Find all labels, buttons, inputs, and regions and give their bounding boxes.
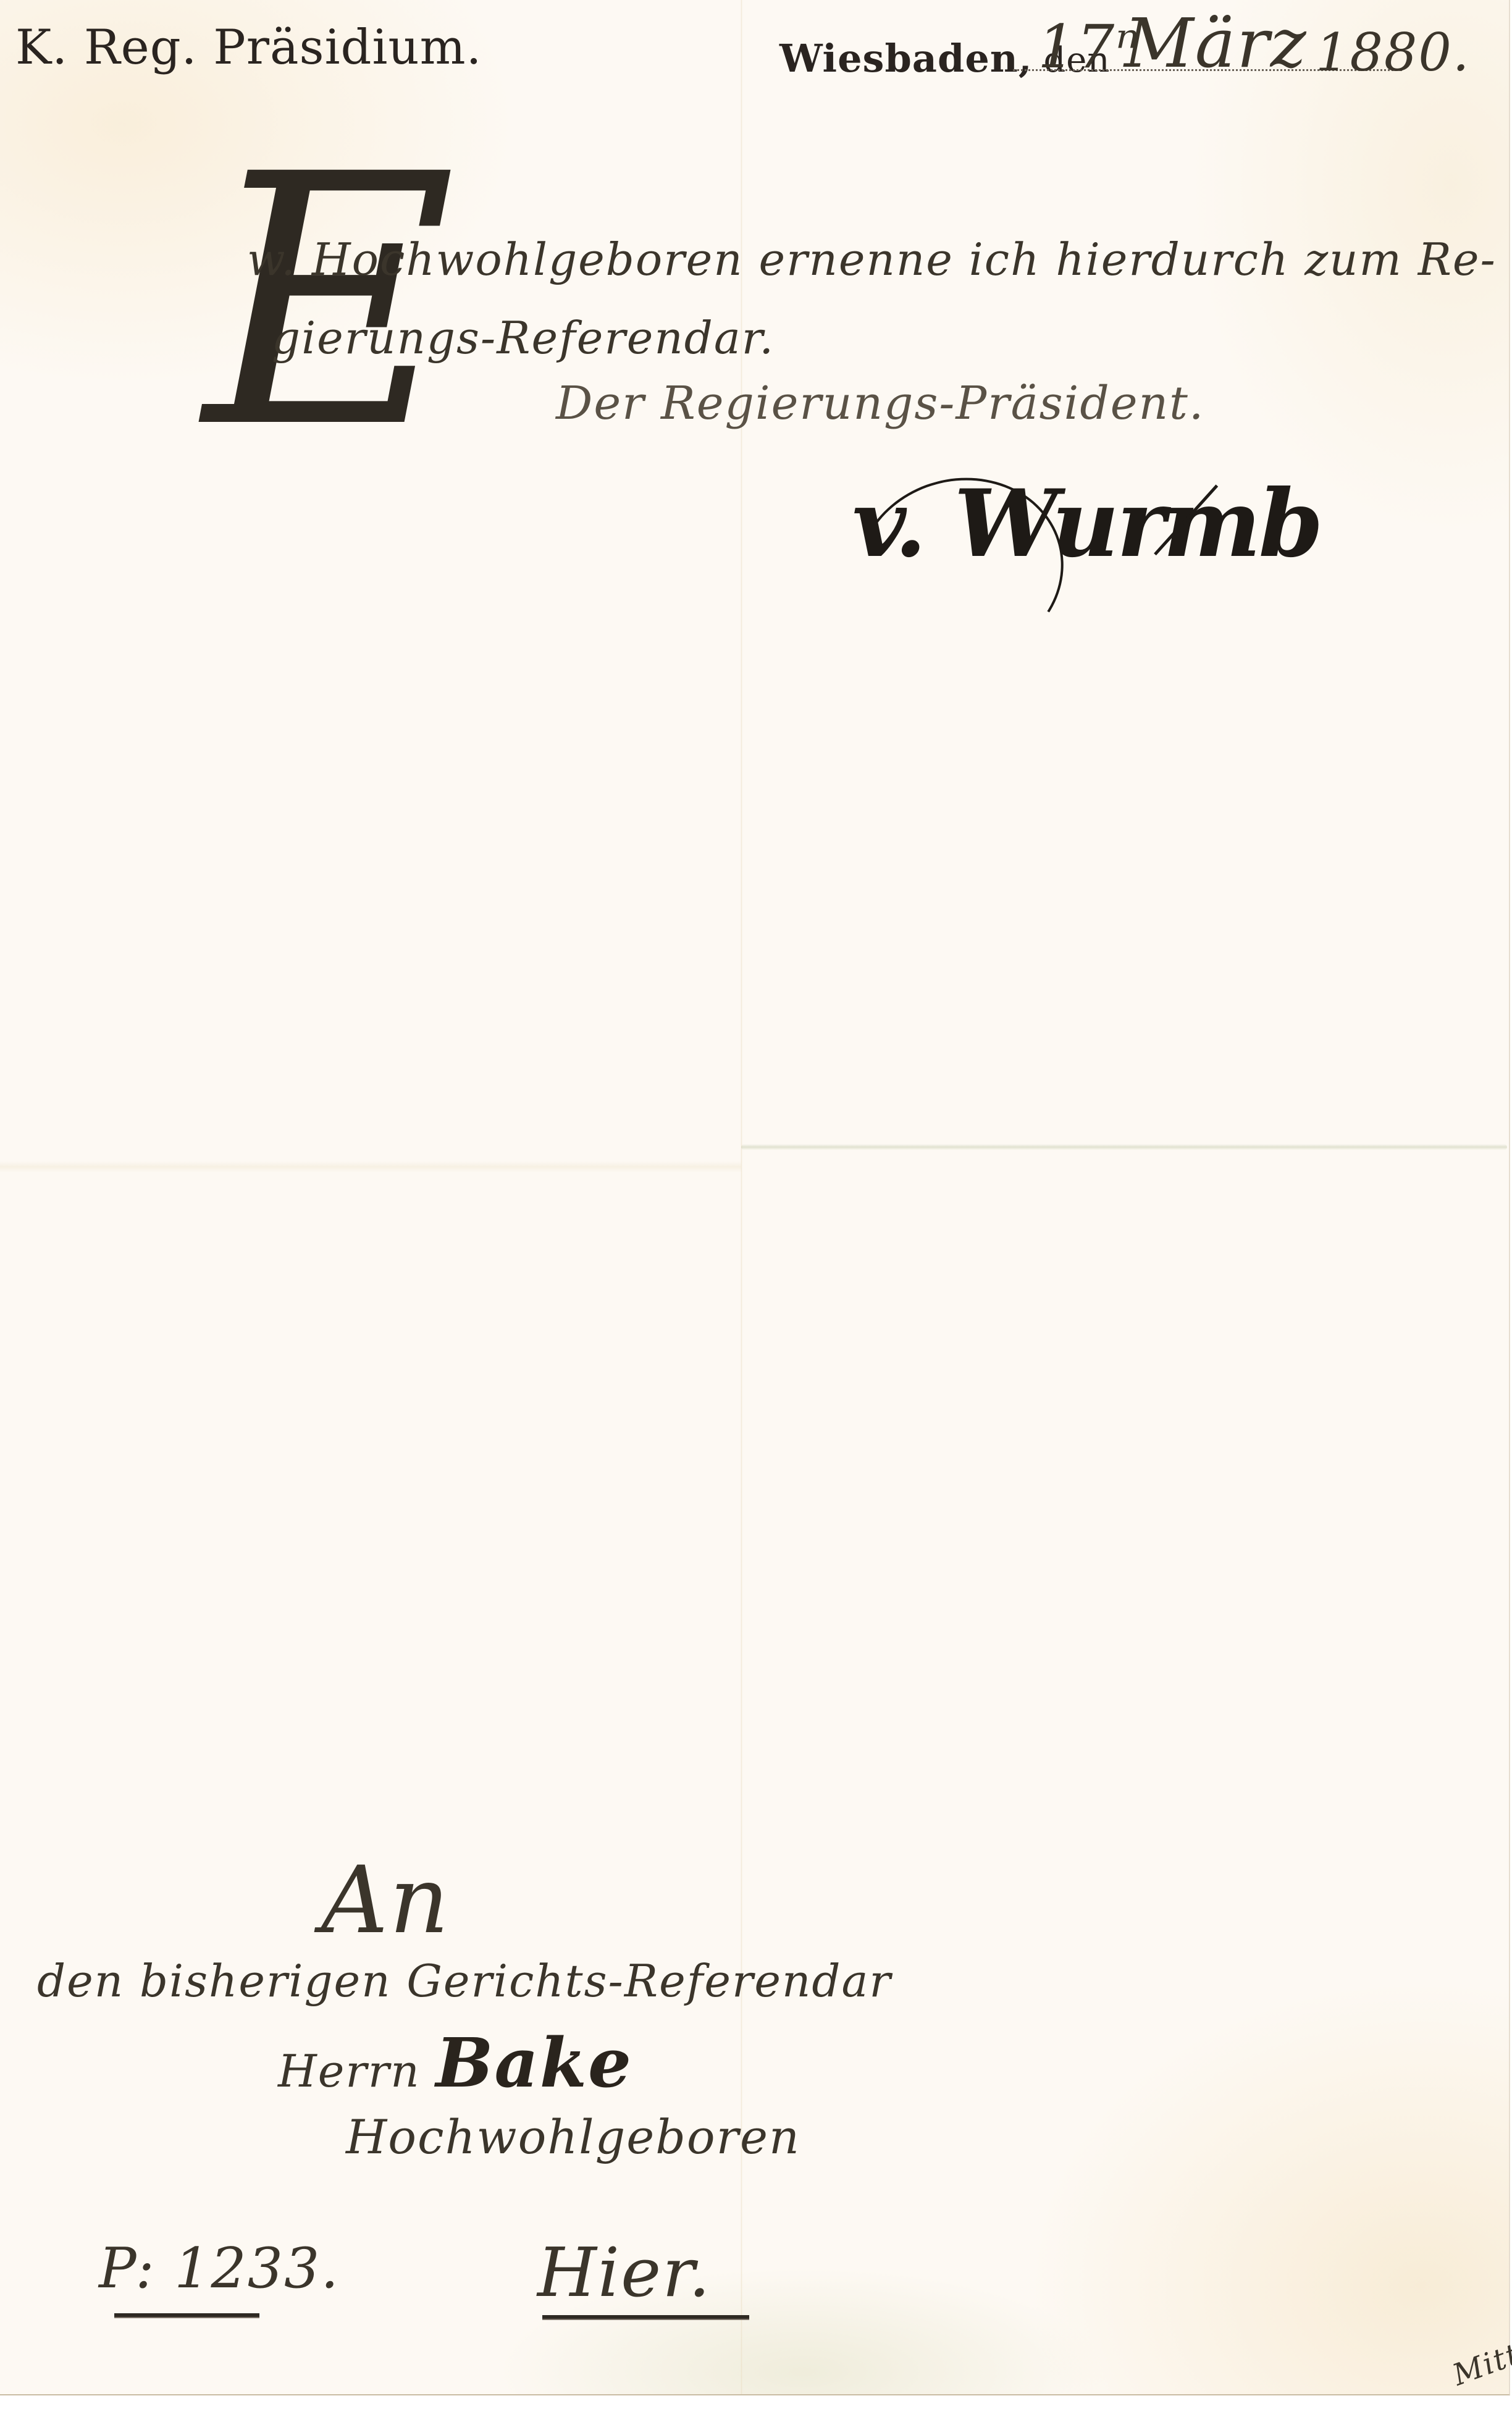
decorative-initial: E xyxy=(204,130,456,476)
destination-underline xyxy=(542,2315,749,2320)
body-line-1: w. Hochwohlgeboren ernenne ich hierdurch… xyxy=(247,233,1497,285)
body-line-3-title: Der Regierungs-Präsident. xyxy=(556,377,1204,430)
recipient-name: Bake xyxy=(436,2023,632,2103)
address-line-2: Herrn Bake xyxy=(278,2023,632,2103)
horizontal-fold-shadow xyxy=(0,1161,741,1172)
place-name: Wiesbaden, xyxy=(779,36,1032,81)
date-year: 1880. xyxy=(1316,22,1470,83)
horizontal-fold-crease xyxy=(741,1144,1507,1150)
reference-underline xyxy=(114,2313,259,2318)
address-line-1: den bisherigen Gerichts-Referendar xyxy=(37,1955,892,2007)
body-line-2: gierungs-Referendar. xyxy=(272,312,775,364)
letterhead-authority: K. Reg. Präsidium. xyxy=(15,20,482,75)
address-to: An xyxy=(321,1847,450,1954)
reference-number: P: 1233. xyxy=(99,2236,340,2301)
address-prefix: Herrn xyxy=(278,2045,421,2097)
address-line-3: Hochwohlgeboren xyxy=(346,2109,800,2164)
destination: Hier. xyxy=(537,2233,712,2312)
date-month: März xyxy=(1124,4,1308,83)
signature: v. Wurmb xyxy=(852,469,1321,578)
